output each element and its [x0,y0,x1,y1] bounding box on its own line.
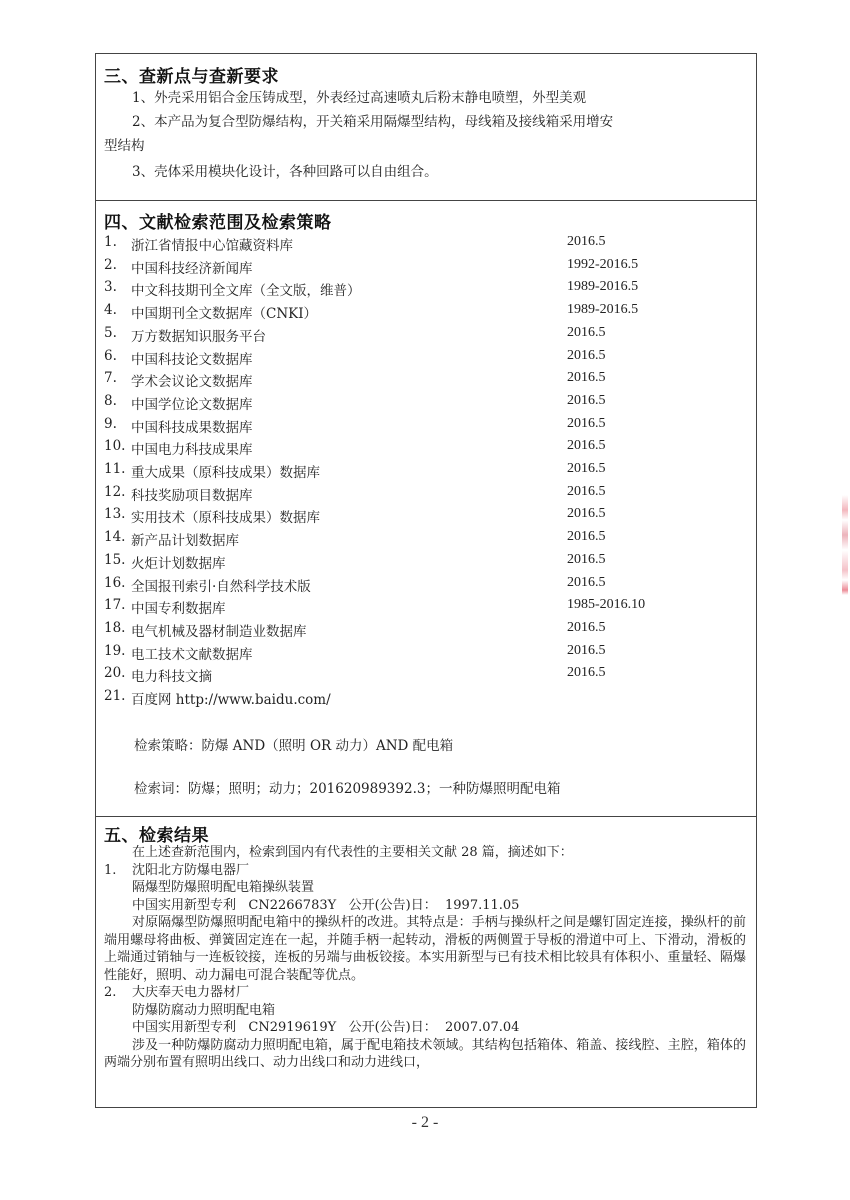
database-name: 电工技术文献数据库 [131,643,253,663]
database-num: 12. [104,484,125,500]
result-org: 沈阳北方防爆电器厂 [132,863,249,878]
database-range: 2016.5 [567,620,606,636]
database-range: 1989-2016.5 [567,279,638,295]
database-name: 万方数据知识服务平台 [131,325,266,345]
database-range: 1992-2016.5 [567,257,638,273]
database-name: 百度网 http://www.baidu.com/ [131,688,331,708]
database-num: 21. [104,688,125,704]
database-name: 全国报刊索引·自然科学技术版 [131,575,311,595]
database-range: 2016.5 [567,461,606,477]
database-name: 学术会议论文数据库 [131,370,253,390]
database-row: 14.新产品计划数据库2016.5 [104,529,744,551]
database-name: 中国学位论文数据库 [131,393,253,413]
database-row: 10.中国电力科技成果库2016.5 [104,438,744,460]
database-num: 4. [104,302,117,318]
database-row: 1.浙江省情报中心馆藏资料库2016.5 [104,234,744,256]
database-row: 6.中国科技论文数据库2016.5 [104,348,744,370]
database-range: 2016.5 [567,325,606,341]
database-row: 9.中国科技成果数据库2016.5 [104,416,744,438]
document-frame: 三、查新点与查新要求 1、外壳采用铝合金压铸成型，外表经过高速喷丸后粉末静电喷塑… [95,53,757,1108]
database-row: 13.实用技术（原科技成果）数据库2016.5 [104,506,744,528]
result-item: 1.沈阳北方防爆电器厂 隔爆型防爆照明配电箱操纵装置 中国实用新型专利 CN22… [104,862,746,985]
database-name: 中国科技经济新闻库 [131,257,253,277]
database-num: 16. [104,575,125,591]
section-title: 四、文献检索范围及检索策略 [104,208,332,233]
database-name: 火炬计划数据库 [131,552,226,572]
result-org: 大庆奉天电力器材厂 [132,985,249,1000]
database-num: 15. [104,552,125,568]
database-num: 17. [104,597,125,613]
result-patent: 中国实用新型专利 CN2266783Y 公开(公告)日： 1997.11.05 [104,897,746,915]
search-strategy: 检索策略：防爆 AND（照明 OR 动力）AND 配电箱 [134,736,453,757]
database-name: 中国期刊全文数据库（CNKI） [131,302,317,322]
database-range: 1985-2016.10 [567,597,645,613]
database-row: 18.电气机械及器材制造业数据库2016.5 [104,620,744,642]
section-search-results: 五、检索结果 在上述查新范围内，检索到国内有代表性的主要相关文献 28 篇，摘述… [96,817,756,1107]
database-range: 2016.5 [567,643,606,659]
database-num: 3. [104,279,117,295]
database-name: 电力科技文摘 [131,665,212,685]
database-row: 21.百度网 http://www.baidu.com/ [104,688,744,710]
section-title: 五、检索结果 [104,821,209,846]
database-name: 中国科技论文数据库 [131,348,253,368]
database-row: 4.中国期刊全文数据库（CNKI）1989-2016.5 [104,302,744,324]
result-num: 1. [104,862,132,880]
database-row: 3.中文科技期刊全文库（全文版，维普）1989-2016.5 [104,279,744,301]
result-title: 隔爆型防爆照明配电箱操纵装置 [104,879,746,897]
results-block: 在上述查新范围内，检索到国内有代表性的主要相关文献 28 篇，摘述如下： 1.沈… [104,844,746,1072]
database-name: 科技奖励项目数据库 [131,484,253,504]
database-range: 2016.5 [567,234,606,250]
database-range: 1989-2016.5 [567,302,638,318]
result-abstract: 对原隔爆型防爆照明配电箱中的操纵杆的改进。其特点是：手柄与操纵杆之间是螺钉固定连… [104,914,746,984]
database-num: 6. [104,348,117,364]
database-num: 5. [104,325,117,341]
database-name: 中国专利数据库 [131,597,226,617]
database-name: 重大成果（原科技成果）数据库 [131,461,320,481]
search-keywords: 检索词：防爆；照明；动力；201620989392.3；一种防爆照明配电箱 [134,779,560,800]
database-row: 2.中国科技经济新闻库1992-2016.5 [104,257,744,279]
database-row: 15.火炬计划数据库2016.5 [104,552,744,574]
section-search-scope: 四、文献检索范围及检索策略 1.浙江省情报中心馆藏资料库2016.52.中国科技… [96,201,756,817]
database-num: 10. [104,438,125,454]
database-num: 8. [104,393,117,409]
section-novelty-points: 三、查新点与查新要求 1、外壳采用铝合金压铸成型，外表经过高速喷丸后粉末静电喷塑… [96,54,756,201]
database-range: 2016.5 [567,575,606,591]
database-row: 17.中国专利数据库1985-2016.10 [104,597,744,619]
novelty-point-1: 1、外壳采用铝合金压铸成型，外表经过高速喷丸后粉末静电喷塑，外型美观 [132,88,586,109]
database-range: 2016.5 [567,484,606,500]
database-num: 7. [104,370,117,386]
result-org-line: 2.大庆奉天电力器材厂 [104,984,746,1002]
database-row: 16.全国报刊索引·自然科学技术版2016.5 [104,575,744,597]
database-range: 2016.5 [567,506,606,522]
results-intro: 在上述查新范围内，检索到国内有代表性的主要相关文献 28 篇，摘述如下： [104,844,746,862]
result-title: 防爆防腐动力照明配电箱 [104,1002,746,1020]
section-title: 三、查新点与查新要求 [104,62,279,87]
result-org-line: 1.沈阳北方防爆电器厂 [104,862,746,880]
database-num: 18. [104,620,125,636]
database-num: 9. [104,416,117,432]
database-name: 电气机械及器材制造业数据库 [131,620,307,640]
database-num: 11. [104,461,125,477]
database-range: 2016.5 [567,552,606,568]
database-range: 2016.5 [567,665,606,681]
database-num: 2. [104,257,117,273]
novelty-point-2-cont: 型结构 [104,136,145,157]
database-row: 11.重大成果（原科技成果）数据库2016.5 [104,461,744,483]
database-row: 7.学术会议论文数据库2016.5 [104,370,744,392]
database-range: 2016.5 [567,438,606,454]
database-row: 19.电工技术文献数据库2016.5 [104,643,744,665]
database-num: 14. [104,529,125,545]
database-num: 19. [104,643,125,659]
database-range: 2016.5 [567,348,606,364]
novelty-point-3: 3、壳体采用模块化设计，各种回路可以自由组合。 [132,162,438,183]
result-item: 2.大庆奉天电力器材厂 防爆防腐动力照明配电箱 中国实用新型专利 CN29196… [104,984,746,1072]
result-num: 2. [104,984,132,1002]
result-abstract: 涉及一种防爆防腐动力照明配电箱，属于配电箱技术领域。其结构包括箱体、箱盖、接线腔… [104,1037,746,1072]
database-range: 2016.5 [567,529,606,545]
database-row: 20.电力科技文摘2016.5 [104,665,744,687]
database-num: 13. [104,506,125,522]
page-number: - 2 - [0,1114,850,1132]
database-range: 2016.5 [567,393,606,409]
database-name: 中国电力科技成果库 [131,438,253,458]
database-row: 5.万方数据知识服务平台2016.5 [104,325,744,347]
database-row: 8.中国学位论文数据库2016.5 [104,393,744,415]
result-patent: 中国实用新型专利 CN2919619Y 公开(公告)日： 2007.07.04 [104,1019,746,1037]
novelty-point-2: 2、本产品为复合型防爆结构，开关箱采用隔爆型结构，母线箱及接线箱采用增安 [132,112,613,133]
red-seal-edge [842,495,848,595]
database-name: 浙江省情报中心馆藏资料库 [131,234,293,254]
database-range: 2016.5 [567,416,606,432]
database-row: 12.科技奖励项目数据库2016.5 [104,484,744,506]
database-num: 1. [104,234,117,250]
database-name: 中国科技成果数据库 [131,416,253,436]
database-range: 2016.5 [567,370,606,386]
database-num: 20. [104,665,125,681]
database-name: 中文科技期刊全文库（全文版，维普） [131,279,361,299]
database-name: 新产品计划数据库 [131,529,239,549]
database-name: 实用技术（原科技成果）数据库 [131,506,320,526]
